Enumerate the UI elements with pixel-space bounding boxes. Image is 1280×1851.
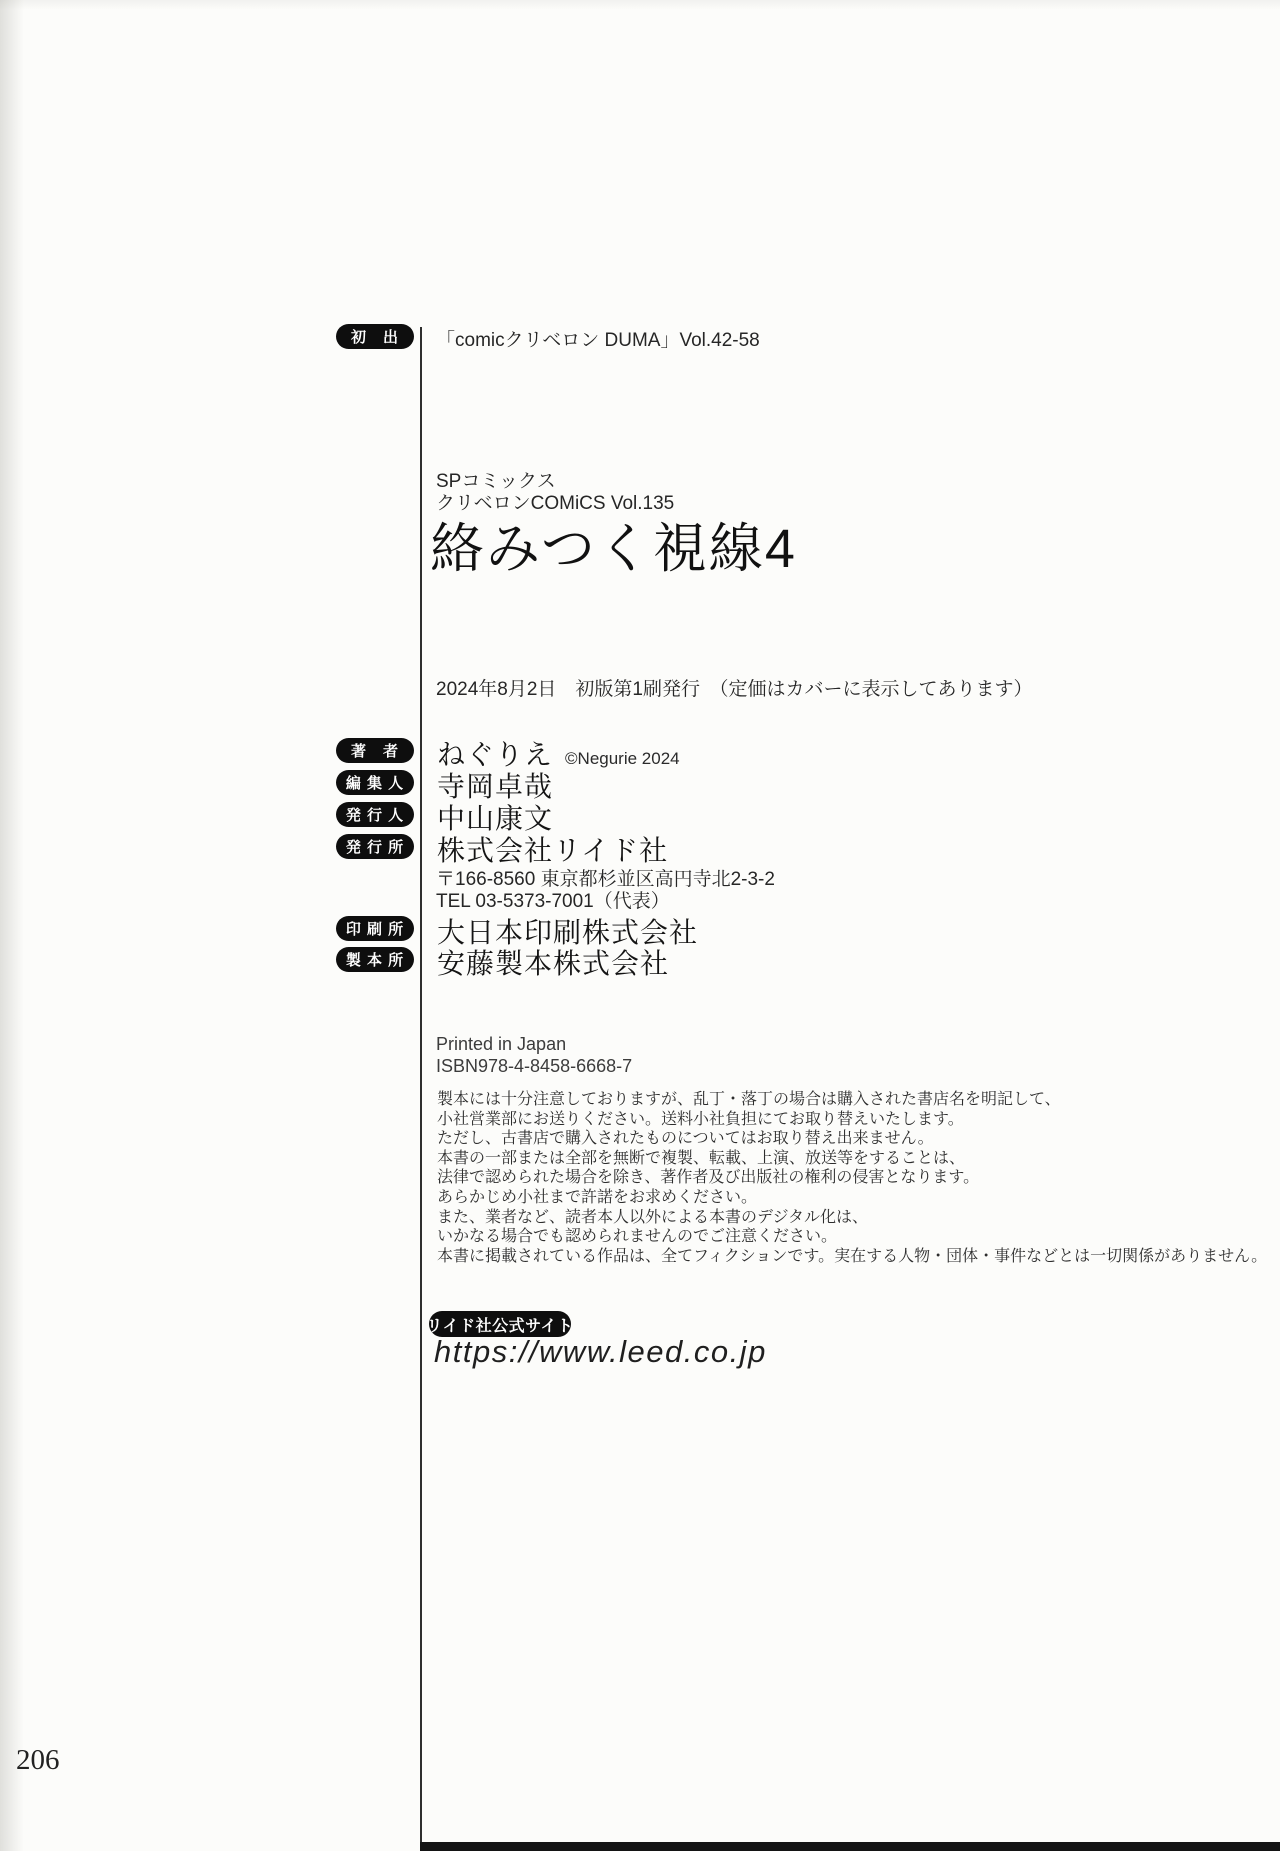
legal-line: また、業者など、読者本人以外による本書のデジタル化は、 [437,1208,1267,1228]
printed-in-japan: Printed in Japan [436,1034,566,1055]
author-badge-label: 著 者 [351,740,399,761]
legal-line: いかなる場合でも認められませんのでご注意ください。 [437,1227,1267,1247]
colophon-page: 初 出 「comicクリベロン DUMA」Vol.42-58 SPコミックス ク… [0,0,1280,1851]
legal-line: 製本には十分注意しておりますが、乱丁・落丁の場合は購入された書店名を明記して、 [437,1090,1267,1110]
phone-number: TEL 03-5373-7001（代表） [436,886,670,913]
page-number: 206 [16,1744,60,1777]
scan-shadow-top [0,0,1280,10]
official-site-url: https://www.leed.co.jp [434,1334,767,1370]
author-badge: 著 者 [336,738,414,763]
official-site-badge-label: リイド社公式サイト [427,1313,574,1336]
publisher-badge-label: 発 行 所 [346,836,404,857]
bottom-edge-bar [420,1842,1280,1851]
isbn: ISBN978-4-8458-6668-7 [436,1056,632,1077]
editor-badge: 編 集 人 [336,770,414,795]
legal-line: 本書に掲載されている作品は、全てフィクションです。実在する人物・団体・事件などと… [437,1247,1267,1267]
book-title: 絡みつく視線4 [430,506,797,583]
legal-line: 法律で認められた場合を除き、著作者及び出版社の権利の侵害となります。 [437,1168,1267,1188]
binder-badge-label: 製 本 所 [346,949,404,970]
vertical-rule [420,327,422,1842]
printer-badge: 印 刷 所 [336,916,414,941]
legal-line: ただし、古書店で購入されたものについてはお取り替え出来ません。 [437,1129,1267,1149]
legal-notice: 製本には十分注意しておりますが、乱丁・落丁の場合は購入された書店名を明記して、 … [437,1090,1267,1266]
editor-badge-label: 編 集 人 [346,772,404,793]
edition-line: 2024年8月2日 初版第1刷発行 （定価はカバーに表示してあります） [436,674,1032,701]
publisher-badge: 発 行 所 [336,834,414,859]
issuer-badge: 発 行 人 [336,802,414,827]
issuer-badge-label: 発 行 人 [346,804,404,825]
binder-name: 安藤製本株式会社 [437,942,669,982]
copyright-note: ©Negurie 2024 [565,749,680,768]
first-publication-value: 「comicクリベロン DUMA」Vol.42-58 [436,325,760,352]
binder-badge: 製 本 所 [336,947,414,972]
legal-line: 本書の一部または全部を無断で複製、転載、上演、放送等をすることは、 [437,1149,1267,1169]
publisher-name: 株式会社リイド社 [437,829,668,869]
legal-line: 小社営業部にお送りください。送料小社負担にてお取り替えいたします。 [437,1110,1267,1130]
legal-line: あらかじめ小社まで許諾をお求めください。 [437,1188,1267,1208]
scan-shadow-left [0,0,24,1851]
first-publication-badge: 初 出 [336,324,414,349]
first-publication-label: 初 出 [351,326,399,347]
printer-badge-label: 印 刷 所 [346,918,404,939]
